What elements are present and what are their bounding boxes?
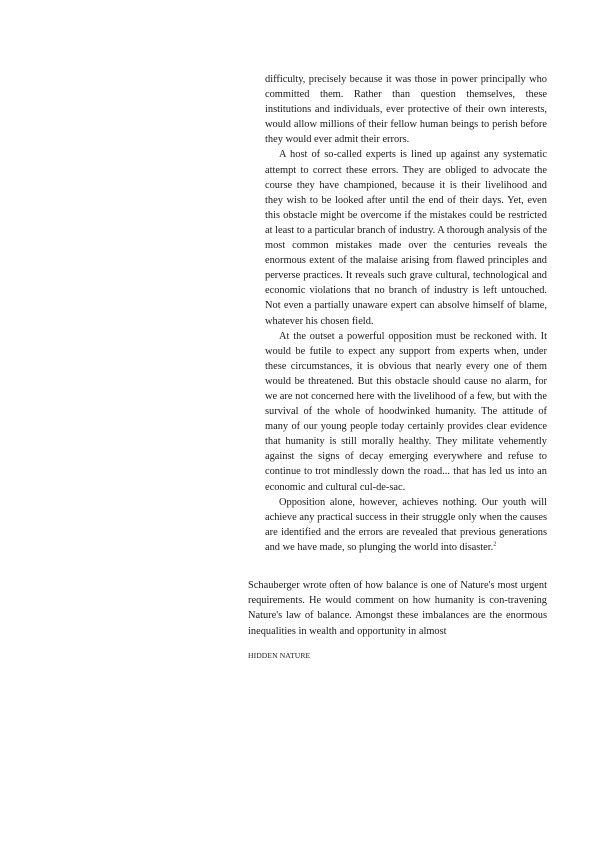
quote-paragraph-4: Opposition alone, however, achieves noth… [265, 495, 547, 555]
quote-paragraph-1: difficulty, precisely because it was tho… [265, 72, 547, 147]
block-quote: difficulty, precisely because it was tho… [265, 72, 547, 555]
quote-paragraph-2: A host of so-called experts is lined up … [265, 147, 547, 328]
quote-paragraph-4-text: Opposition alone, however, achieves noth… [265, 497, 547, 553]
running-footer: HIDDEN NATURE [248, 651, 310, 660]
footnote-reference: 2 [493, 541, 496, 547]
body-paragraph: Schauberger wrote often of how balance i… [248, 578, 547, 639]
quote-paragraph-3: At the outset a powerful opposition must… [265, 329, 547, 495]
